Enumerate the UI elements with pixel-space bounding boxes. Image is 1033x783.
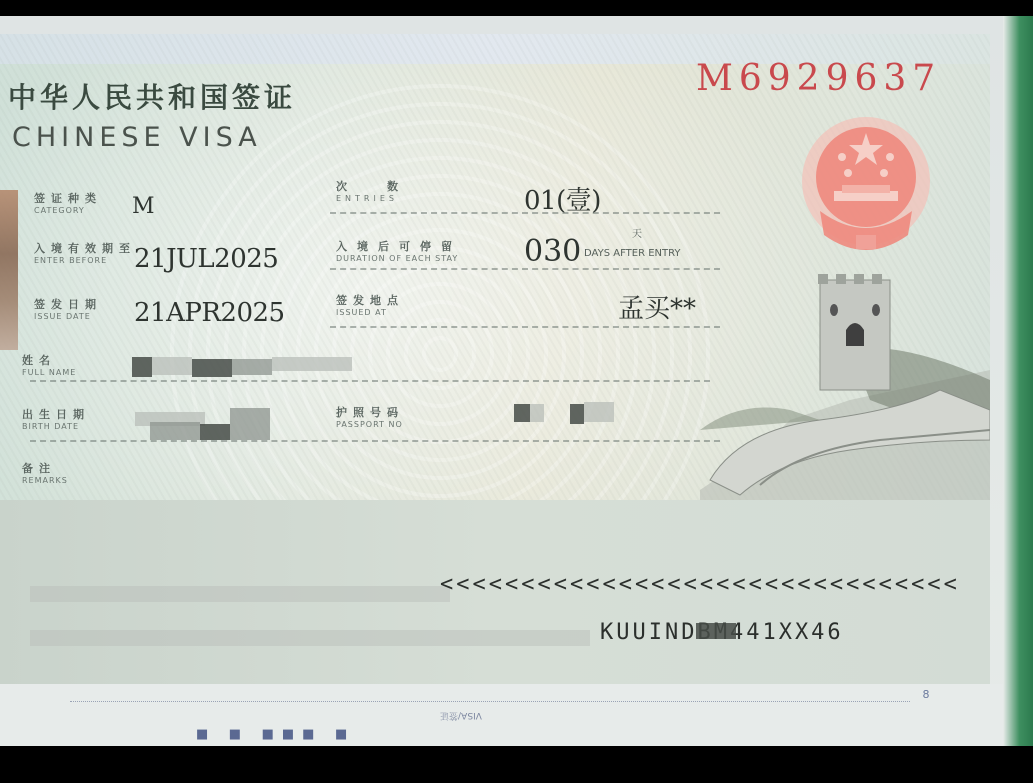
enter-before-label: 入境有效期至 ENTER BEFORE [34, 240, 136, 265]
duration-value: 030 [524, 234, 581, 269]
issued-at-value: 孟买** [618, 288, 696, 325]
duration-unit-en: DAYS AFTER ENTRY [584, 248, 681, 259]
mrz-line-1: <<<<<<<<<<<<<<<<<<<<<<<<<<<<<<<< [440, 572, 960, 597]
field-divider [30, 440, 720, 442]
entries-label: 次数 ENTRIES [336, 178, 438, 203]
field-divider [330, 326, 720, 328]
issue-date-label: 签发日期 ISSUE DATE [34, 296, 102, 321]
page-footer-text: VISA/签证 [440, 710, 482, 723]
birth-date-label: 出生日期 BIRTH DATE [22, 406, 90, 431]
issue-date-value: 21APR2025 [134, 298, 285, 328]
category-label: 签证种类 CATEGORY [34, 190, 102, 215]
full-name-label: 姓名 FULL NAME [22, 352, 76, 377]
enter-before-value: 21JUL2025 [134, 244, 278, 274]
visa-number: M6929637 [696, 58, 941, 99]
passport-page-bottom [0, 684, 1003, 746]
field-divider [330, 212, 720, 214]
remarks-label: 备注 REMARKS [22, 460, 68, 485]
passport-no-label: 护照号码 PASSPORT NO [336, 404, 404, 429]
page-footer-pattern: ■ ■ ■■■ ■ [196, 727, 355, 742]
issued-at-label: 签发地点 ISSUED AT [336, 292, 404, 317]
photo-redacted [0, 190, 18, 350]
duration-unit-cn: 天 [632, 225, 642, 240]
passport-cover-edge [1003, 16, 1033, 746]
national-emblem-icon [800, 115, 932, 265]
great-wall-illustration [700, 270, 990, 500]
duration-label: 入境后可停留 DURATION OF EACH STAY [336, 238, 462, 263]
visa-title-chinese: 中华人民共和国签证 [8, 76, 296, 116]
field-divider [30, 380, 710, 382]
page-number: 8 [912, 688, 940, 714]
visa-title-english: CHINESE VISA [12, 122, 262, 153]
field-divider [330, 268, 720, 270]
category-value: M [132, 194, 155, 219]
